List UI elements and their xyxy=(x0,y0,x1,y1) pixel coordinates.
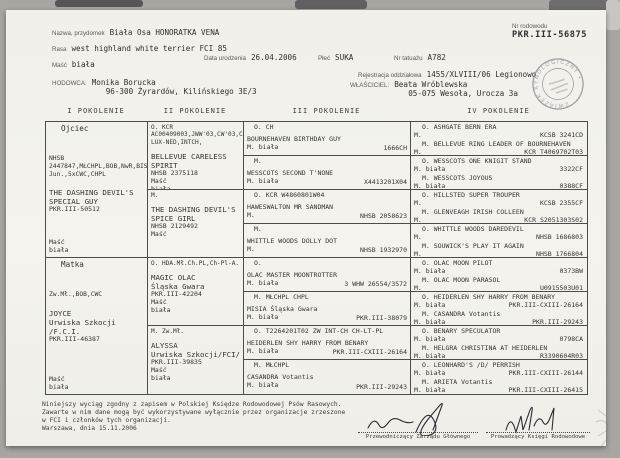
dam-reg: PKR.III-46387 xyxy=(49,336,144,344)
chairman-signature-block: Przewodniczący Zarządu Głównego xyxy=(358,408,478,440)
registration-label: Rejestracja oddziałowa xyxy=(358,72,422,79)
scan-artifact xyxy=(295,0,367,9)
footer-line: w FCI i członków tych organizacji. xyxy=(42,417,352,425)
gen2-header: II POKOLENIE xyxy=(147,107,243,115)
sex-label: Płeć xyxy=(318,55,330,62)
generation-headers: I POKOLENIE II POKOLENIE III POKOLENIE I… xyxy=(45,107,587,115)
masc-value: M. biała xyxy=(414,302,445,310)
sire-color: Maśćbiała xyxy=(49,239,144,255)
breed-value: west highland white terrier FCI 85 xyxy=(71,44,226,53)
masc-value: M. biała xyxy=(414,387,445,394)
masc-value: M. biała xyxy=(414,166,445,174)
breed-field: Rasa west highland white terrier FCI 85 xyxy=(52,44,227,53)
reg: NHSB 1766804 xyxy=(536,251,583,258)
sex-value: SUKA xyxy=(335,53,353,62)
masc-value: M. xyxy=(414,217,422,224)
masc-value: M. biała xyxy=(414,319,445,326)
sire-cell: Ojciec NHSB 2447847,MŁCHPL,BOB,NwR,BIS-J… xyxy=(46,122,148,258)
titles: M. MŁCHPL CHPL xyxy=(247,294,407,302)
ancestor-cell-gen2: M. THE DASHING DEVIL'SSPICE GIRL NHSB 21… xyxy=(148,190,244,258)
registrar-signature-block: Prowadzący Księgi Rodowodowe xyxy=(486,408,590,440)
masc-value: M. xyxy=(414,132,422,140)
ancestor-cell-gen4: O. LEONHARD'S /D/ PERRISH M. białaPKR.II… xyxy=(411,360,587,394)
footer-date: Warszawa, dnia 15.11.2006 xyxy=(42,425,352,433)
reg: PKR.III-CXIII-26144 xyxy=(509,370,583,378)
masc-value: M. biała xyxy=(414,183,445,190)
stamp-ring-text: ZWIĄZEK KYNOLOGICZNY • xyxy=(530,56,586,112)
ancestor-cell-gen3: M. WHITTLE WOODS DOLLY DOT M. NHSB 19329… xyxy=(244,224,411,258)
sex-field: Płeć SUKA xyxy=(318,53,353,62)
masc-value: M. xyxy=(414,251,422,258)
pedigree-number-field: Nr rodowodu PKR.III-56875 xyxy=(512,23,587,40)
masc-value: M. xyxy=(414,149,422,156)
ancestor-cell-gen3: O. CH BOURNEHAVEN BIRTHDAY GUY M. biała … xyxy=(244,122,411,156)
dam-name: JOYCEUrwiska Szkocji /F.C.I. xyxy=(49,309,144,336)
reg: 3322CF xyxy=(560,166,583,174)
dog-name-field: Nazwa, przydomek Biała Osa HONORATKA VEN… xyxy=(52,28,219,37)
registration-field: Rejestracja oddziałowa 1455/XLVIII/06 Le… xyxy=(358,70,536,79)
titles: O. CH xyxy=(247,124,407,132)
reg: PKR.III-29243 xyxy=(532,319,583,326)
reg: PKR.III-CXIII-26164 xyxy=(333,349,407,357)
reg: KCR T4069702T03 xyxy=(524,149,583,156)
masc-value: M. biała xyxy=(414,336,445,344)
gen1-header: I POKOLENIE xyxy=(45,107,147,115)
dam-color: Maśćbiała xyxy=(49,376,144,392)
titles: O. HDA.Mł.Ch.PL,Ch-Pl-A. xyxy=(151,260,240,267)
ancestor-cell-gen3: M. WESSCOTS SECOND T'NONE M. biała X4413… xyxy=(244,156,411,190)
reg: NHSB 1686803 xyxy=(536,234,583,242)
titles: M. MŁCHPL xyxy=(247,362,407,370)
masc-value: M. biała xyxy=(414,370,445,378)
ancestor-cell-gen3: O. KCR W4860801W04 HAWESWALTON MR SANDMA… xyxy=(244,190,411,224)
masc-value: M. biała xyxy=(414,268,445,276)
sire-name: THE DASHING DEVIL'SSPECIAL GUY xyxy=(49,188,144,206)
ancestor-cell-gen2: O. KCR AC00409003,JWW'03,CW'03,CH-LUX-NE… xyxy=(148,122,244,190)
masc-value: M. xyxy=(414,285,422,292)
kennel-club-stamp-icon: ZWIĄZEK KYNOLOGICZNY • xyxy=(530,56,586,112)
dam-role: Matka xyxy=(49,260,144,269)
tattoo-label: Nr tatuażu xyxy=(394,55,423,62)
reg: 1666CH xyxy=(384,145,407,153)
chairman-signature-icon xyxy=(364,402,472,436)
masc-value: biała xyxy=(151,307,240,315)
masc-value: M. xyxy=(414,234,422,242)
ancestor-cell-gen4: O. HILLSTED SUPER TROUPER M.KCSB 2355CF … xyxy=(411,190,587,224)
coat-color-field: Maść biała xyxy=(52,60,95,69)
reg: KCSB 3241CD xyxy=(540,132,583,140)
ancestor-cell-gen4: O. BENARY SPECULATOR M. biała0798CA M. H… xyxy=(411,326,587,360)
reg: 3 WHW 26554/3572 xyxy=(344,281,407,289)
pedigree-number-value: PKR.III-56875 xyxy=(512,30,587,40)
owner-address: 05-075 Wesoła, Urocza 3a xyxy=(394,89,518,98)
ancestor-cell-gen4: O. ASHGATE BERN ERA M.KCSB 3241CD M. BEL… xyxy=(411,122,587,156)
reg: 0798CA xyxy=(560,336,583,344)
ancestor-cell-gen3: M. MŁCHPL CHPL MISIA Śląska Gwara M. bia… xyxy=(244,292,411,326)
coat-color-label: Maść xyxy=(52,62,67,69)
titles: M. xyxy=(247,226,407,234)
name: BELLEVUE CARELESSSPIRIT xyxy=(151,152,240,170)
reg: NHSB 1932970 xyxy=(360,247,407,255)
reg: KCSB 2355CF xyxy=(540,200,583,208)
breed-label: Rasa xyxy=(52,46,66,53)
name: WHITTLE WOODS DOLLY DOT xyxy=(247,238,407,246)
titles: M. xyxy=(151,192,240,199)
masc-value: biała xyxy=(151,375,240,383)
pedigree-number-label: Nr rodowodu xyxy=(512,23,587,30)
ancestor-cell-gen3: O. OLAC MASTER MOONTROTTER M. biała 3 WH… xyxy=(244,258,411,292)
gen3-header: III POKOLENIE xyxy=(243,107,410,115)
titles: O. KCR W4860801W04 xyxy=(247,192,407,200)
owner-label: WŁAŚCICIEL: xyxy=(350,82,389,89)
ancestor-cell-gen2: M. Zw.Mł. ALYSSAUrwiska Szkocji/FCI/ PKR… xyxy=(148,326,244,394)
ancestor-cell-gen4: O. HEIDERLEN SHY HARRY FROM BENARY M. bi… xyxy=(411,292,587,326)
owner-name: Beata Wróblewska xyxy=(394,80,518,89)
name: ALYSSAUrwiska Szkocji/FCI/ xyxy=(151,341,240,359)
footer-line: Zawarte w nim dane mogą być wykorzystywa… xyxy=(42,409,352,417)
ancestor-cell-gen4: O. OLAC MOON PILOT M. biała0373BW M. OLA… xyxy=(411,258,587,292)
tattoo-value: A782 xyxy=(428,53,446,62)
titles: O. T2264201T02 ZW INT-CH CH-LT-PL xyxy=(247,328,407,336)
birthdate-value: 26.04.2006 xyxy=(251,53,297,62)
coat-color-value: biała xyxy=(72,60,95,69)
breeder-address: 96-300 Żyrardów, Kilińskiego 3E/3 xyxy=(92,87,257,96)
reg: PKR.III-38079 xyxy=(356,315,407,323)
scan-artifact xyxy=(55,0,143,7)
masc-value: M. xyxy=(414,200,422,208)
pedigree-document: Nazwa, przydomek Biała Osa HONORATKA VEN… xyxy=(6,10,606,446)
ancestor-cell-gen2: O. HDA.Mł.Ch.PL,Ch-Pl-A. MAGIC OLACŚląsk… xyxy=(148,258,244,326)
ancestor-cell-gen3: M. MŁCHPL CASANDRA Votantis M. biała PKR… xyxy=(244,360,411,394)
owner-field: WŁAŚCICIEL: Beata Wróblewska 05-075 Weso… xyxy=(350,80,518,98)
reg: PKR.III-CXIII-26415 xyxy=(509,387,583,394)
tattoo-field: Nr tatuażu A782 xyxy=(394,53,446,62)
dog-name-label: Nazwa, przydomek xyxy=(52,30,105,37)
reg: NHSB 2058623 xyxy=(360,213,407,221)
reg: KCR S2051303S02 xyxy=(524,217,583,224)
reg: X4413201X04 xyxy=(364,179,407,187)
footer-statement: Niniejszy wyciąg zgodny z zapisem w Pols… xyxy=(42,401,352,433)
breeder-name: Monika Borucka xyxy=(92,78,257,87)
footer-line: Niniejszy wyciąg zgodny z zapisem w Pols… xyxy=(42,401,352,409)
breeder-field: HODOWCA: Monika Borucka 96-300 Żyrardów,… xyxy=(52,78,257,96)
reg: 0373BW xyxy=(560,268,583,276)
birthdate-field: Data urodzenia 26.04.2006 xyxy=(204,53,297,62)
svg-text:ZWIĄZEK KYNOLOGICZNY •: ZWIĄZEK KYNOLOGICZNY • xyxy=(530,56,586,112)
reg: R3390604R03 xyxy=(540,353,583,360)
breeder-label: HODOWCA: xyxy=(52,80,87,87)
pencil-mark xyxy=(592,406,612,452)
name: THE DASHING DEVIL'SSPICE GIRL xyxy=(151,205,240,223)
pedigree-table: Ojciec NHSB 2447847,MŁCHPL,BOB,NwR,BIS-J… xyxy=(45,121,588,395)
birthdate-label: Data urodzenia xyxy=(204,55,246,62)
reg: 0388CF xyxy=(560,183,583,190)
masc-label: Maść xyxy=(151,231,240,239)
name: MAGIC OLACŚląska Gwara xyxy=(151,273,240,291)
titles: O. xyxy=(247,260,407,268)
name: HAWESWALTON MR SANDMAN xyxy=(247,204,407,212)
registration-value: 1455/XLVIII/06 Legionowo xyxy=(427,70,537,79)
titles: O. KCR AC00409003,JWW'03,CW'03,CH-LUX-NE… xyxy=(151,124,240,146)
dam-cell: Matka Zw.Mł.,BOB,CWC JOYCEUrwiska Szkocj… xyxy=(46,258,148,394)
ancestor-cell-gen3: O. T2264201T02 ZW INT-CH CH-LT-PL HEIDER… xyxy=(244,326,411,360)
sire-role: Ojciec xyxy=(49,124,144,133)
reg: PKR.III-29243 xyxy=(356,384,407,392)
gen4-header: IV POKOLENIE xyxy=(410,107,587,115)
sire-titles: NHSB 2447847,MŁCHPL,BOB,NwR,BIS-Jun.,5xC… xyxy=(49,155,144,178)
reg: U0915503U01 xyxy=(540,285,583,292)
registrar-signature-icon xyxy=(492,402,584,436)
ancestor-cell-gen4: O. WESSCOTS ONE KNIGIT STAND M. biała332… xyxy=(411,156,587,190)
reg: PKR.III-CXIII-26164 xyxy=(509,302,583,310)
scanned-page: Nazwa, przydomek Biała Osa HONORATKA VEN… xyxy=(0,0,620,458)
dog-name-value: Biała Osa HONORATKA VENA xyxy=(110,28,220,37)
dam-titles: Zw.Mł.,BOB,CWC xyxy=(49,291,144,299)
sire-reg: PKR.III-50512 xyxy=(49,206,144,214)
masc-value: M. biała xyxy=(414,353,445,360)
scan-artifact xyxy=(606,0,620,30)
titles: M. xyxy=(247,158,407,166)
titles: M. Zw.Mł. xyxy=(151,328,240,335)
ancestor-cell-gen4: O. WHITTLE WOODS DAREDEVIL M.NHSB 168680… xyxy=(411,224,587,258)
